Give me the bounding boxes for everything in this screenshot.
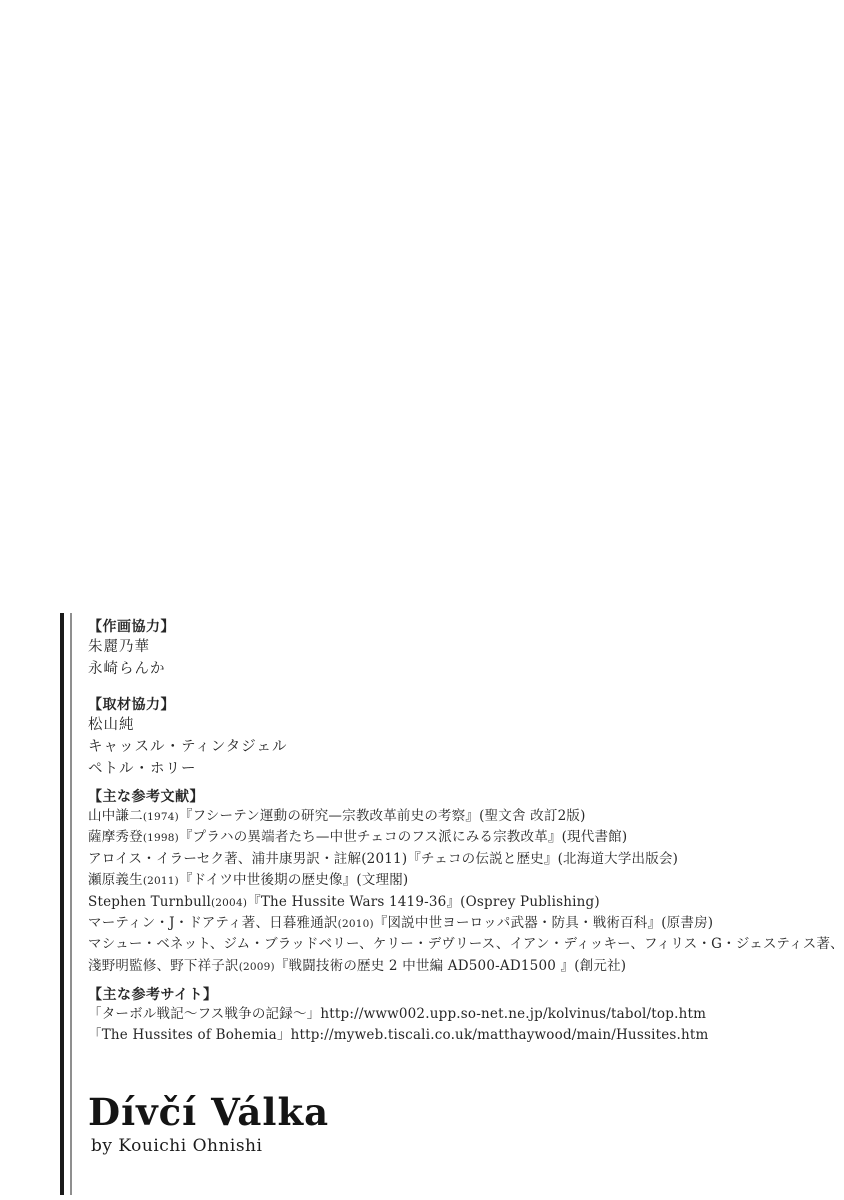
reference-entry: 薩摩秀登(1998)『プラハの異端者たち—中世チェコのフス派にみる宗教改革』(現… (88, 827, 768, 848)
reference-year: (2004) (211, 897, 247, 909)
series-logo-block: Dívčí Válka by Kouichi Ohnishi (88, 1091, 768, 1157)
reference-entry: マーティン・J・ドアティ著、日暮雅通訳(2010)『図説中世ヨーロッパ武器・防具… (88, 913, 768, 934)
reference-year: (2010) (338, 918, 374, 930)
art-credit-item: 永崎らんか (88, 658, 768, 680)
reference-entry: 瀬原義生(2011)『ドイツ中世後期の歴史像』(文理閣) (88, 870, 768, 891)
research-credit-header: 【取材協力】 (88, 694, 768, 714)
series-logo-title: Dívčí Válka (88, 1091, 768, 1133)
reference-entry: 淺野明監修、野下祥子訳(2009)『戦闘技術の歴史 2 中世編 AD500-AD… (88, 956, 768, 977)
book-colophon-page: { "page": { "background": "#ffffff", "te… (0, 0, 844, 1200)
reference-year: (1974) (143, 811, 179, 823)
colophon-content: 【作画協力】 朱麗乃華 永崎らんか 【取材協力】 松山純 キャッスル・ティンタジ… (88, 610, 768, 1157)
reference-year: (1998) (143, 832, 179, 844)
site-entry: 「The Hussites of Bohemia」http://myweb.ti… (88, 1025, 768, 1046)
reference-year: (2009) (239, 961, 275, 973)
site-entry: 「ターボル戦記〜フス戦争の記録〜」http://www002.upp.so-ne… (88, 1004, 768, 1025)
references-header: 【主な参考文献】 (88, 786, 768, 806)
reference-entry: アロイス・イラーセク著、浦井康男訳・註解(2011)『チェコの伝説と歴史』(北海… (88, 849, 768, 870)
reference-entry: マシュー・ベネット、ジム・ブラッドベリー、ケリー・デヴリース、イアン・ディッキー… (88, 934, 768, 955)
reference-year: (2011) (143, 875, 179, 887)
research-credit-item: キャッスル・ティンタジェル (88, 736, 768, 758)
research-credit-item: 松山純 (88, 714, 768, 736)
left-rule-thick (60, 613, 64, 1195)
art-credit-header: 【作画協力】 (88, 616, 768, 636)
series-logo-byline: by Kouichi Ohnishi (91, 1135, 768, 1157)
research-credit-item: ペトル・ホリー (88, 758, 768, 780)
reference-entry: Stephen Turnbull(2004)『The Hussite Wars … (88, 892, 768, 913)
reference-entry: 山中謙二(1974)『フシーテン運動の研究—宗教改革前史の考察』(聖文舎 改訂2… (88, 806, 768, 827)
left-rule-thin (70, 613, 72, 1195)
sites-header: 【主な参考サイト】 (88, 984, 768, 1004)
art-credit-item: 朱麗乃華 (88, 636, 768, 658)
